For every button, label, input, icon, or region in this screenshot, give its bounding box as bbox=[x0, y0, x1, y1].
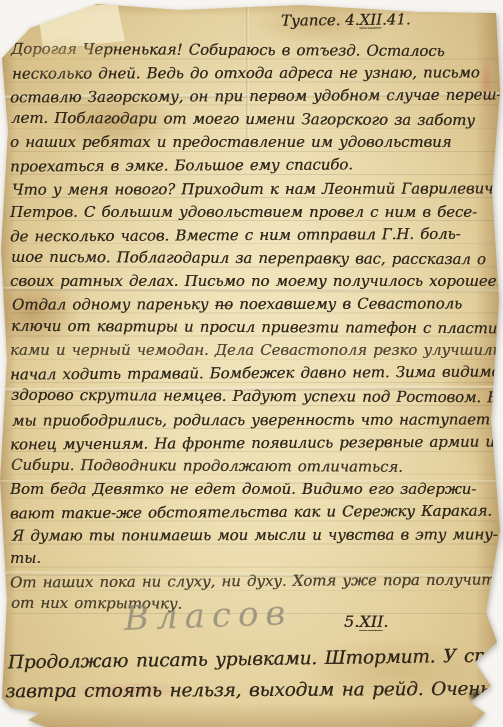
letter-line: Дорогая Черненькая! Собираюсь в отъезд. … bbox=[11, 38, 499, 64]
letter-line: вают такие-же обстоятельства как и Сереж… bbox=[10, 499, 498, 525]
letter-line: де несколько часов. Вместе с ним отправи… bbox=[10, 222, 498, 248]
letter-line: здорово скрутила немцев. Радуют успехи п… bbox=[11, 384, 499, 410]
letter-line: оставлю Загорскому, он при первом удобно… bbox=[10, 84, 498, 110]
letter-line: Что у меня нового? Приходит к нам Леонти… bbox=[12, 177, 500, 201]
letter-body: Дорогая Черненькая! Собираюсь в отъезд. … bbox=[10, 39, 498, 616]
letter-line: Вот беда Девятко не едет домой. Видимо е… bbox=[10, 478, 498, 501]
letter-line: Я думаю ты понимаешь мои мысли и чувства… bbox=[12, 523, 500, 547]
letter-line: о наших ребятах и предоставление им удов… bbox=[10, 131, 498, 154]
postscript-line: завтра стоять нельзя, выходим на рейд. О… bbox=[5, 674, 497, 707]
letter-postscript: Продолжаю писать урывками. Штормит. У ст… bbox=[8, 642, 501, 710]
letter-line: проехаться в эмке. Большое ему спасибо. bbox=[10, 153, 498, 179]
letter-line: шое письмо. Поблагодарил за переправку в… bbox=[11, 246, 499, 272]
letter-line: конец мучениям. На фронте появились резе… bbox=[10, 430, 498, 456]
letter-line: ты. bbox=[10, 547, 498, 570]
paper-shadow-wrap: Туапсе. 4.X̲I̲I̲.41. Дорогая Черненькая!… bbox=[0, 0, 503, 727]
letter-line: мы приободрились, родилась уверенность ч… bbox=[12, 408, 500, 432]
letter-line: Сибири. Подводники продолжают отличаться… bbox=[11, 453, 499, 479]
postscript-line: Продолжаю писать урывками. Штормит. У ст… bbox=[8, 642, 500, 679]
signature-pencil: Власов bbox=[123, 593, 293, 639]
letter-line: Отдал одному пареньку п̶о̶ поехавшему в … bbox=[12, 292, 500, 316]
letter-line: ками и черный чемодан. Дела Севастополя … bbox=[10, 339, 498, 362]
letter-paper: Туапсе. 4.X̲I̲I̲.41. Дорогая Черненькая!… bbox=[0, 0, 503, 727]
letter-photo: Туапсе. 4.X̲I̲I̲.41. Дорогая Черненькая!… bbox=[0, 0, 503, 727]
letter-line: лет. Поблагодари от моего имени Загорско… bbox=[11, 107, 499, 133]
letter-line: От наших пока ни слуху, ни духу. Хотя уж… bbox=[10, 569, 498, 595]
letter-line: ключи от квартиры и просил привезти пате… bbox=[11, 315, 499, 341]
letter-line: Петров. С большим удовольствием провел с… bbox=[10, 201, 498, 224]
letter-line: несколько дней. Ведь до отхода адреса не… bbox=[12, 61, 500, 85]
letter-dateline: Туапсе. 4.X̲I̲I̲.41. bbox=[281, 10, 411, 29]
signature-date: 5.X̲I̲I̲. bbox=[344, 612, 388, 631]
letter-line: начал ходить трамвай. Бомбежек давно нет… bbox=[10, 361, 498, 387]
letter-line: своих ратных делах. Письмо по моему полу… bbox=[10, 270, 498, 293]
